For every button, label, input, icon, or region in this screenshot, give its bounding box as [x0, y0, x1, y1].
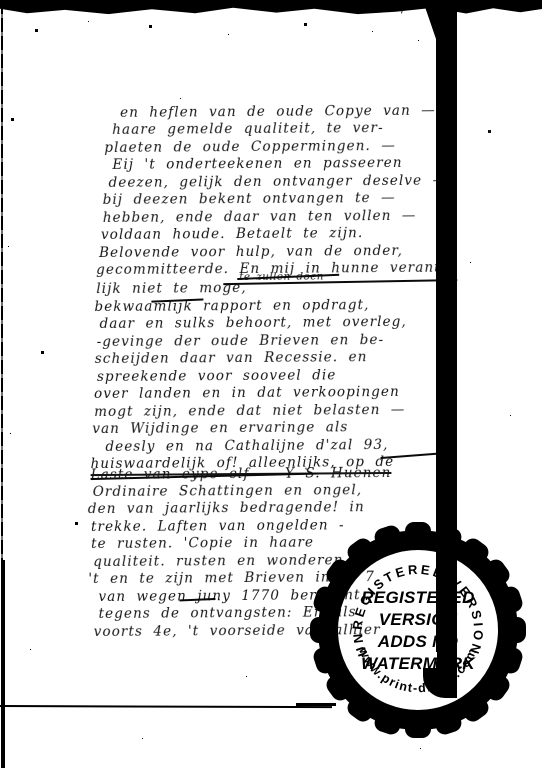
handwriting-line: bij deezen bekent ontvangen te — [103, 190, 396, 208]
stamp-center-line-1: REGISTERED [361, 588, 475, 607]
stamp-center-line-3: ADDS NO [377, 632, 459, 651]
scanned-document-page: en heflen van de oude Copye van —haare g… [0, 0, 542, 768]
stamp-center-line-4: WATERMARK [361, 654, 476, 673]
handwriting-line: hebben, ende daar van ten vollen — [103, 208, 417, 226]
handwriting-line: te rusten. 'Copie in haare [91, 535, 314, 553]
handwriting-line: Belovende voor hulp, van de onder, [99, 243, 403, 261]
handwriting-line: van Wijdinge en ervaringe als [92, 419, 348, 437]
stamp-gear-teeth [310, 522, 526, 738]
handwriting-line: voldaan houde. Betaelt te zijn. [101, 225, 363, 243]
handwriting-line: bekwaamlijk rapport en opdragt, [94, 297, 369, 315]
handwriting-line: qualiteit. rusten en wonderen [93, 552, 343, 570]
handwriting-line: spreekende voor sooveel die [97, 367, 337, 385]
stamp-center-line-2: VERSION [379, 610, 458, 629]
handwriting-line: mogt zijn, ende dat niet belasten — [94, 402, 405, 420]
handwriting-line: scheijden daar van Recessie. en [95, 349, 368, 367]
handwriting-line: den van jaarlijks bedragende! in [88, 499, 365, 517]
watermark-stamp: UNREGISTERED VERSION www.print-driver.co… [308, 520, 528, 740]
handwriting-line: Ordinaire Schattingen en ongel, [93, 482, 363, 500]
handwriting-line: trekke. Laften van ongelden - [91, 517, 345, 535]
handwriting-line: deezen, gelijk den ontvanger deselve — [109, 173, 448, 191]
scan-edge-left-thick [1, 560, 5, 768]
handwriting-line: daar en sulks behoort, met overleg, [100, 314, 407, 332]
handwriting-line: en heflen van de oude Copye van — [120, 103, 436, 121]
handwriting-line: haare gemelde qualiteit, te ver- [112, 120, 384, 138]
handwriting-line: deesly en na Cathalijne d'zal 93, [105, 437, 388, 455]
handwriting-line: over landen en in dat verkoopingen [94, 384, 400, 402]
handwriting-line: -gevinge der oude Brieven en be- [97, 332, 385, 350]
handwriting-line: plaeten de oude Coppermingen. — [104, 138, 396, 156]
handwriting-line: Eij 't onderteekenen en passeeren [112, 155, 402, 173]
